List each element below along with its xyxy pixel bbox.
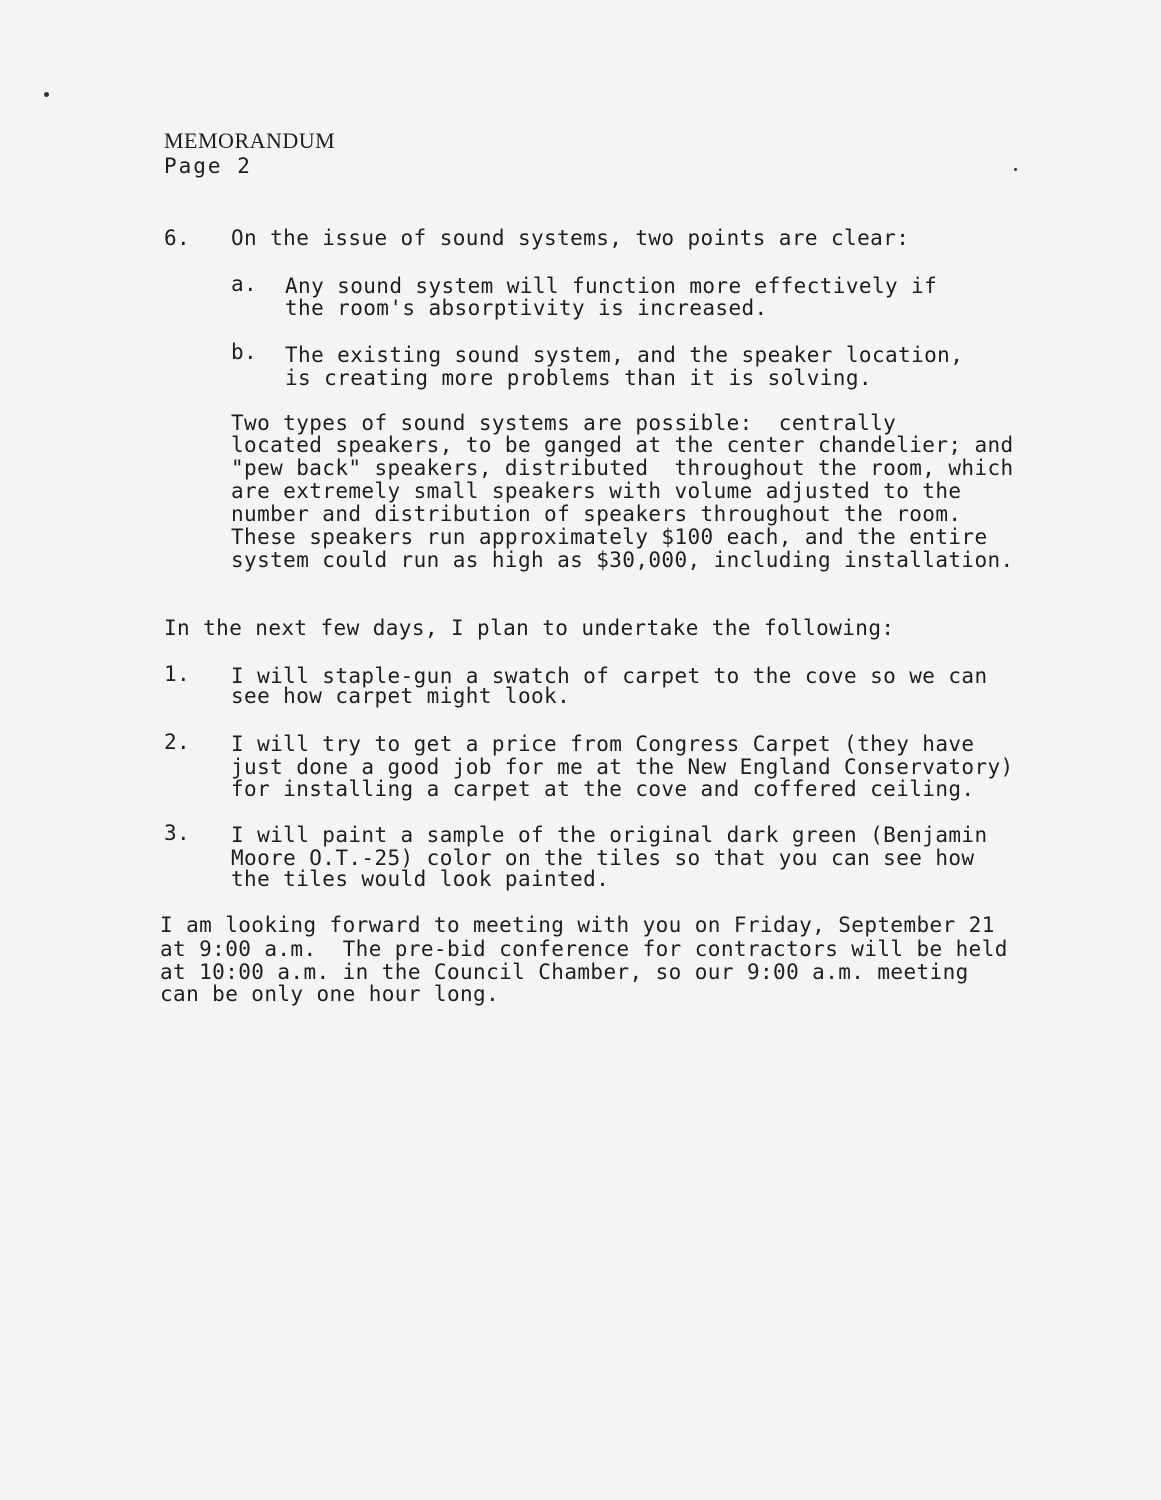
sound-paragraph-line: Two types of sound systems are possible:… — [231, 412, 896, 435]
plan-intro: In the next few days, I plan to undertak… — [164, 617, 894, 640]
point-a-label: a. — [231, 273, 257, 296]
closing-line: I am looking forward to meeting with you… — [160, 914, 995, 937]
point-a-line: the room's absorptivity is increased. — [285, 297, 768, 320]
sound-paragraph-line: are extremely small speakers with volume… — [231, 480, 961, 503]
page-number: Page 2 — [164, 154, 252, 178]
point-b-line: The existing sound system, and the speak… — [285, 344, 963, 367]
sound-paragraph-line: located speakers, to be ganged at the ce… — [231, 434, 1014, 457]
memo-title: MEMORANDUM — [164, 128, 335, 154]
closing-line: at 10:00 a.m. in the Council Chamber, so… — [160, 961, 969, 984]
point-a-line: Any sound system will function more effe… — [285, 275, 937, 298]
sound-paragraph-line: system could run as high as $30,000, inc… — [231, 549, 1014, 572]
plan-item-1-number: 1. — [164, 663, 190, 686]
plan-item-1-line: see how carpet might look. — [231, 685, 570, 708]
plan-item-2-number: 2. — [164, 731, 190, 754]
item-6-text: On the issue of sound systems, two point… — [231, 227, 909, 250]
item-6-number: 6. — [164, 227, 190, 250]
point-b-line: is creating more problems than it is sol… — [285, 367, 872, 390]
plan-item-3-line: the tiles would look painted. — [231, 868, 609, 891]
sound-paragraph-line: These speakers run approximately $100 ea… — [231, 526, 988, 549]
plan-item-2-line: for installing a carpet at the cove and … — [231, 778, 974, 801]
closing-line: at 9:00 a.m. The pre-bid conference for … — [160, 938, 1008, 961]
point-b-label: b. — [231, 341, 257, 364]
stray-mark — [44, 92, 49, 97]
sound-paragraph-line: number and distribution of speakers thro… — [231, 503, 961, 526]
sound-paragraph-line: "pew back" speakers, distributed through… — [231, 457, 1014, 480]
stray-mark — [1014, 168, 1017, 171]
plan-item-2-line: I will try to get a price from Congress … — [231, 733, 974, 756]
plan-item-3-number: 3. — [164, 822, 190, 845]
closing-line: can be only one hour long. — [160, 983, 499, 1006]
plan-item-3-line: I will paint a sample of the original da… — [231, 824, 988, 847]
plan-item-2-line: just done a good job for me at the New E… — [231, 756, 1014, 779]
